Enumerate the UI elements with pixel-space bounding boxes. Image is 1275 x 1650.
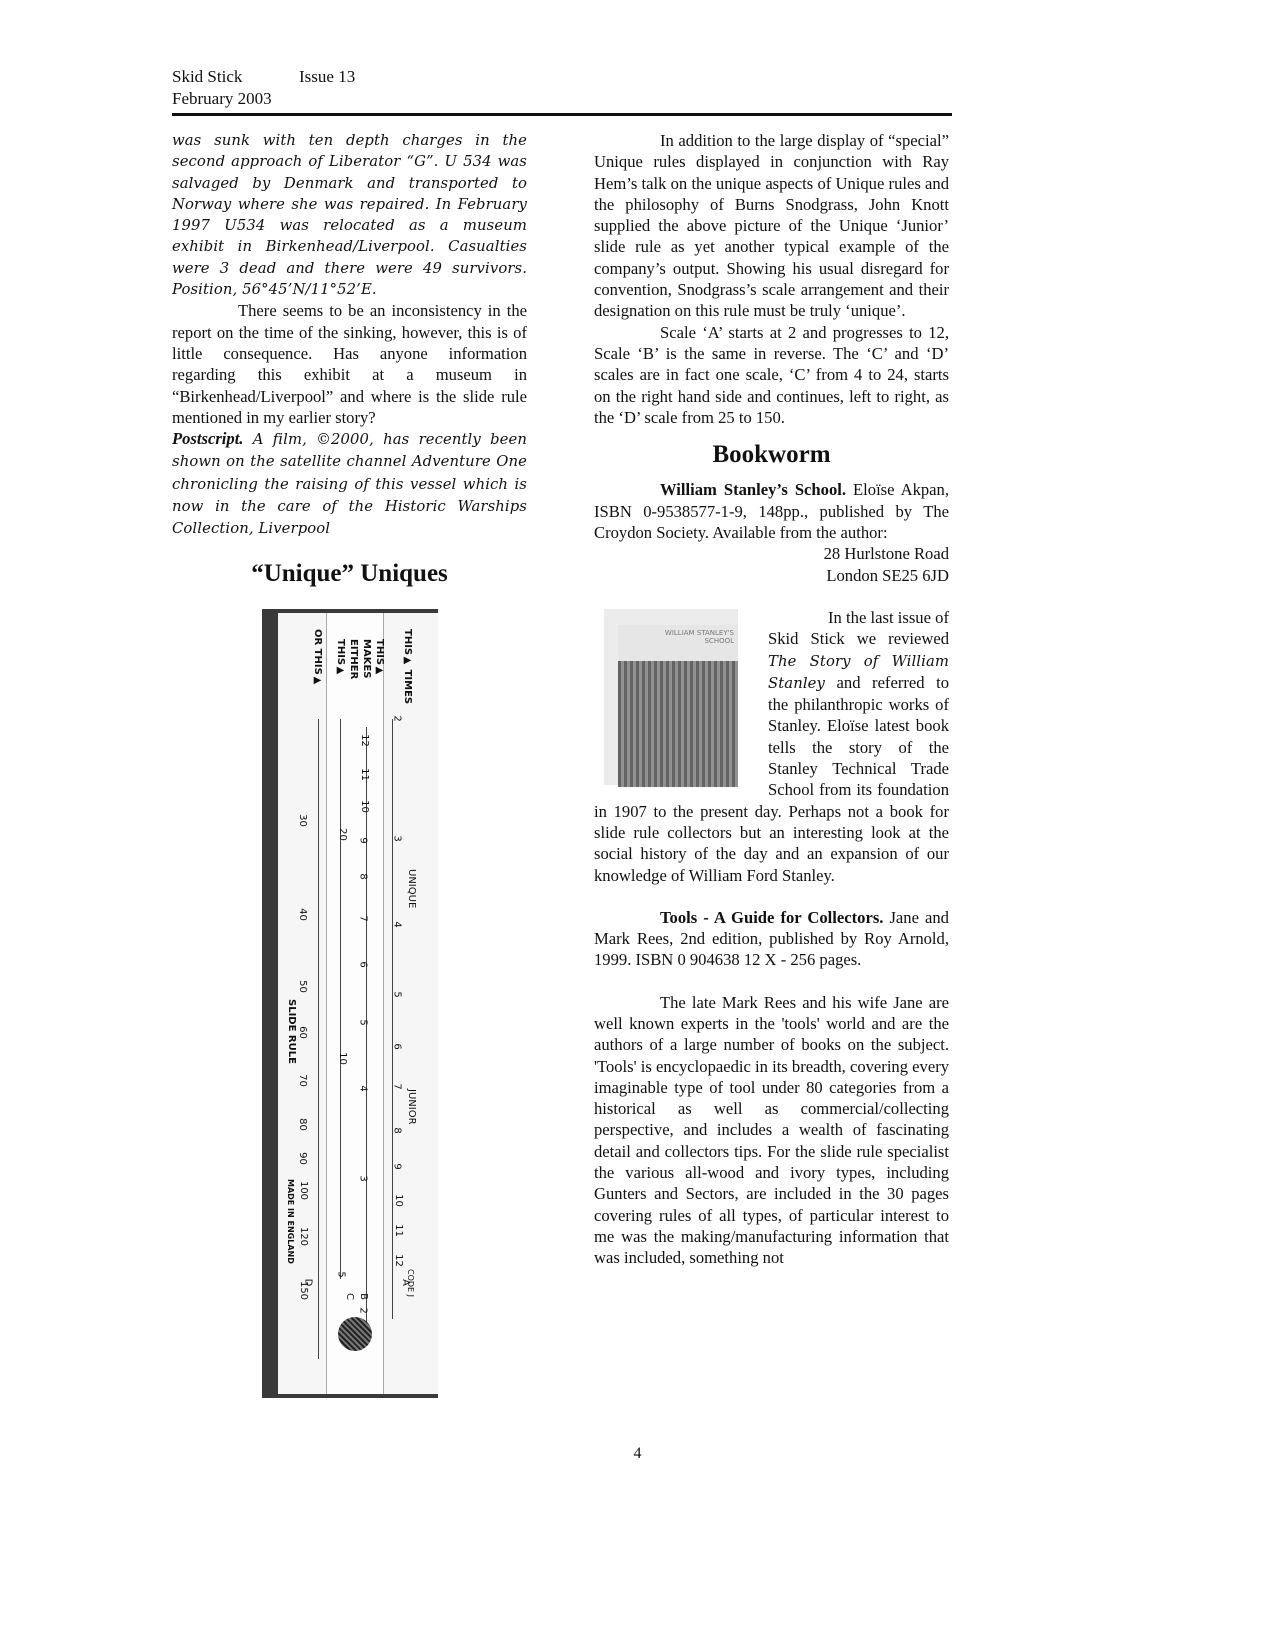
scale-d-tick: 30 [297, 814, 308, 827]
rule-slide [326, 613, 384, 1394]
scale-b-tick: 7 [358, 915, 369, 921]
scale-c-line [340, 719, 341, 1279]
book1-citation: William Stanley’s School. Eloïse Akpan, … [594, 479, 949, 543]
scale-b-tick: 12 [359, 734, 370, 747]
page-number: 4 [0, 1445, 1275, 1463]
scale-a-tick: 9 [392, 1163, 403, 1169]
scale-b-tick: 2 [358, 1307, 369, 1313]
scale-a-tick: 8 [392, 1127, 403, 1133]
scale-b-tick: 4 [358, 1085, 369, 1091]
scale-d-tick: 90 [297, 1152, 308, 1165]
book-cover-title: WILLIAM STANLEY'S SCHOOL [644, 629, 734, 645]
scales-paragraph: Scale ‘A’ starts at 2 and progresses to … [594, 322, 949, 428]
postscript-paragraph: Postscript. A film, ©2000, has recently … [172, 428, 527, 539]
label-this-makes: THIS▶ [374, 639, 385, 676]
header-divider [172, 113, 952, 116]
book-cover-image: WILLIAM STANLEY'S SCHOOL [604, 609, 738, 785]
scale-a-tick: 2 [392, 715, 403, 721]
scale-d-tick: 70 [297, 1074, 308, 1087]
scale-d-tick: 80 [297, 1118, 308, 1131]
scale-d-line [318, 719, 319, 1359]
book-cover-photo [618, 625, 738, 787]
scale-b-tick: 5 [358, 1019, 369, 1025]
book2-citation: Tools - A Guide for Collectors. Jane and… [594, 907, 949, 971]
article-continuation: was sunk with ten depth charges in the s… [172, 130, 527, 300]
label-this-times: THIS▶ TIMES [402, 629, 413, 704]
label-either: EITHER [348, 639, 359, 679]
scale-c-tick: 5 [336, 1271, 347, 1277]
label-unique: UNIQUE [406, 869, 417, 908]
right-column: In addition to the large display of “spe… [594, 130, 949, 1269]
inconsistency-paragraph: There seems to be an inconsistency in th… [172, 300, 527, 428]
book1-review-text: In the last issue of Skid Stick we revie… [768, 608, 949, 648]
book2-title: Tools - A Guide for Collectors. [660, 908, 883, 927]
slide-rule-photo: THIS▶ TIMES THIS▶ MAKES EITHER THIS▶ OR … [262, 609, 438, 1398]
issue-date: February 2003 [172, 88, 952, 110]
book2-review: The late Mark Rees and his wife Jane are… [594, 992, 949, 1269]
scale-a-tick: 4 [392, 921, 403, 927]
scale-c-tick: 20 [337, 828, 348, 841]
scale-a-tick: 7 [392, 1083, 403, 1089]
scale-a-tick: 11 [393, 1224, 404, 1237]
unique-uniques-heading: “Unique” Uniques [172, 560, 527, 588]
scale-a-letter: A [400, 1279, 411, 1286]
scale-d-tick: 120 [298, 1227, 309, 1246]
page-header: Skid Stick Issue 13 February 2003 [172, 66, 952, 110]
bookworm-heading: Bookworm [594, 444, 949, 465]
scale-d-tick: 100 [298, 1181, 309, 1200]
scale-a-tick: 3 [392, 835, 403, 841]
label-this: THIS▶ [335, 639, 346, 676]
book1-title: William Stanley’s School. [660, 480, 846, 499]
label-junior: JUNIOR [406, 1089, 417, 1125]
scale-a-tick: 10 [393, 1194, 404, 1207]
scale-b-tick: 10 [359, 800, 370, 813]
scale-d-tick: 50 [297, 980, 308, 993]
label-or-this: OR THIS▶ [312, 629, 323, 686]
scale-d-tick: 60 [297, 1026, 308, 1039]
unique-rules-paragraph: In addition to the large display of “spe… [594, 130, 949, 322]
author-address-line2: London SE25 6JD [594, 565, 949, 586]
scale-b-tick: 9 [358, 837, 369, 843]
scale-b-tick: 8 [358, 873, 369, 879]
scale-c-letter: C [344, 1293, 355, 1300]
scale-a-tick: 12 [393, 1254, 404, 1267]
unique-logo-icon [338, 1317, 372, 1351]
scale-c-tick: 10 [337, 1052, 348, 1065]
scale-b-tick: 11 [359, 768, 370, 781]
scale-a-tick: 5 [392, 991, 403, 997]
scale-d-tick: 150 [298, 1281, 309, 1300]
scale-b-tick: 6 [358, 961, 369, 967]
label-slide-rule: SLIDE RULE [286, 999, 297, 1064]
publication-name: Skid Stick [172, 66, 299, 88]
left-column: was sunk with ten depth charges in the s… [172, 130, 527, 540]
scale-b-tick: 3 [358, 1175, 369, 1181]
scale-b-letter: B [358, 1293, 369, 1300]
scale-b-line [366, 727, 367, 1327]
postscript-label: Postscript. [172, 429, 243, 448]
scale-a-tick: 6 [392, 1043, 403, 1049]
label-makes: MAKES [361, 639, 372, 678]
issue-number: Issue 13 [299, 66, 355, 88]
label-made-in-england: MADE IN ENGLAND [286, 1179, 295, 1264]
scale-d-tick: 40 [297, 908, 308, 921]
author-address-line1: 28 Hurlstone Road [594, 543, 949, 564]
